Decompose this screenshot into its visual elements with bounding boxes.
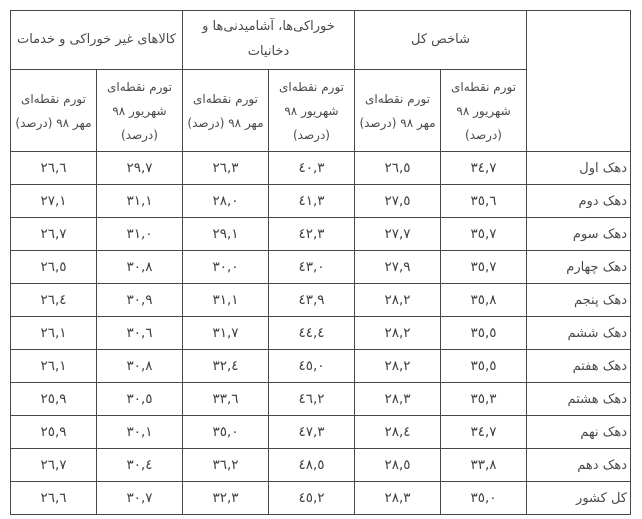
value-cell-nonfood-mehr: ٢٦,٧ <box>10 218 96 251</box>
subheader-total-shahrivar98: تورم نقطه‌ای شهریور ٩٨ (درصد) <box>441 70 527 152</box>
value-cell-total-shahrivar: ٣٥,٧ <box>441 218 527 251</box>
value-cell-food-mehr: ٣١,١ <box>182 284 268 317</box>
header-group-row: شاخص کل خوراکی‌ها، آشامیدنی‌ها و دخانیات… <box>10 11 630 70</box>
value-cell-total-shahrivar: ٣٥,٥ <box>441 350 527 383</box>
subheader-nonfood-shahrivar98: تورم نقطه‌ای شهریور ٩٨ (درصد) <box>96 70 182 152</box>
value-cell-nonfood-shahrivar: ٣٠,٥ <box>96 383 182 416</box>
value-cell-total-mehr: ٢٨,٥ <box>354 449 440 482</box>
subheader-food-shahrivar98: تورم نقطه‌ای شهریور ٩٨ (درصد) <box>268 70 354 152</box>
value-cell-total-mehr: ٢٨,٢ <box>354 284 440 317</box>
value-cell-food-mehr: ٣٢,٣ <box>182 482 268 515</box>
table-row: دهک هفتم ٣٥,٥ ٢٨,٢ ٤٥,٠ ٣٢,٤ ٣٠,٨ ٢٦,١ <box>10 350 630 383</box>
value-cell-food-shahrivar: ٤٣,٠ <box>268 251 354 284</box>
value-cell-total-shahrivar: ٣٥,٠ <box>441 482 527 515</box>
table-row: کل کشور ٣٥,٠ ٢٨,٣ ٤٥,٢ ٣٢,٣ ٣٠,٧ ٢٦,٦ <box>10 482 630 515</box>
decile-inflation-table: شاخص کل خوراکی‌ها، آشامیدنی‌ها و دخانیات… <box>10 10 631 515</box>
value-cell-food-shahrivar: ٤٥,٠ <box>268 350 354 383</box>
table-row: دهک دوم ٣٥,٦ ٢٧,٥ ٤١,٣ ٢٨,٠ ٣١,١ ٢٧,١ <box>10 185 630 218</box>
row-label: دهک دوم <box>527 185 631 218</box>
row-label: دهک هفتم <box>527 350 631 383</box>
table-row: دهک پنجم ٣٥,٨ ٢٨,٢ ٤٣,٩ ٣١,١ ٣٠,٩ ٢٦,٤ <box>10 284 630 317</box>
value-cell-nonfood-shahrivar: ٣٠,٨ <box>96 350 182 383</box>
value-cell-total-mehr: ٢٦,٥ <box>354 152 440 185</box>
row-label: دهک دهم <box>527 449 631 482</box>
value-cell-food-mehr: ٣٥,٠ <box>182 416 268 449</box>
value-cell-total-mehr: ٢٨,٣ <box>354 383 440 416</box>
value-cell-nonfood-mehr: ٢٦,٧ <box>10 449 96 482</box>
value-cell-nonfood-mehr: ٢٦,٦ <box>10 482 96 515</box>
value-cell-food-shahrivar: ٤٧,٣ <box>268 416 354 449</box>
group-header-nonfood-services: کالاهای غیر خوراکی و خدمات <box>10 11 182 70</box>
row-label: کل کشور <box>527 482 631 515</box>
value-cell-total-mehr: ٢٨,٤ <box>354 416 440 449</box>
value-cell-total-mehr: ٢٨,٣ <box>354 482 440 515</box>
value-cell-food-shahrivar: ٤٢,٣ <box>268 218 354 251</box>
value-cell-total-shahrivar: ٣٥,٧ <box>441 251 527 284</box>
value-cell-nonfood-mehr: ٢٦,١ <box>10 350 96 383</box>
value-cell-total-shahrivar: ٣٣,٨ <box>441 449 527 482</box>
value-cell-total-shahrivar: ٣٤,٧ <box>441 416 527 449</box>
value-cell-nonfood-mehr: ٢٧,١ <box>10 185 96 218</box>
table-row: دهک چهارم ٣٥,٧ ٢٧,٩ ٤٣,٠ ٣٠,٠ ٣٠,٨ ٢٦,٥ <box>10 251 630 284</box>
value-cell-nonfood-shahrivar: ٣٠,٨ <box>96 251 182 284</box>
value-cell-total-mehr: ٢٧,٧ <box>354 218 440 251</box>
subheader-food-mehr98: تورم نقطه‌ای مهر ٩٨ (درصد) <box>182 70 268 152</box>
value-cell-food-mehr: ٣٠,٠ <box>182 251 268 284</box>
row-label: دهک نهم <box>527 416 631 449</box>
value-cell-nonfood-shahrivar: ٣٠,٩ <box>96 284 182 317</box>
row-label: دهک هشتم <box>527 383 631 416</box>
group-header-food-beverages-tobacco: خوراکی‌ها، آشامیدنی‌ها و دخانیات <box>182 11 354 70</box>
value-cell-food-mehr: ٣٦,٢ <box>182 449 268 482</box>
value-cell-food-mehr: ٢٩,١ <box>182 218 268 251</box>
corner-cell <box>527 11 631 152</box>
value-cell-food-mehr: ٣٢,٤ <box>182 350 268 383</box>
value-cell-nonfood-mehr: ٢٥,٩ <box>10 383 96 416</box>
table-row: دهک سوم ٣٥,٧ ٢٧,٧ ٤٢,٣ ٢٩,١ ٣١,٠ ٢٦,٧ <box>10 218 630 251</box>
value-cell-nonfood-shahrivar: ٣٠,٦ <box>96 317 182 350</box>
value-cell-food-shahrivar: ٤١,٣ <box>268 185 354 218</box>
value-cell-food-shahrivar: ٤٥,٢ <box>268 482 354 515</box>
value-cell-total-shahrivar: ٣٥,٣ <box>441 383 527 416</box>
value-cell-nonfood-shahrivar: ٣١,١ <box>96 185 182 218</box>
value-cell-food-shahrivar: ٤٦,٢ <box>268 383 354 416</box>
row-label: دهک سوم <box>527 218 631 251</box>
row-label: دهک اول <box>527 152 631 185</box>
row-label: دهک چهارم <box>527 251 631 284</box>
value-cell-nonfood-shahrivar: ٣١,٠ <box>96 218 182 251</box>
table-row: دهک هشتم ٣٥,٣ ٢٨,٣ ٤٦,٢ ٣٣,٦ ٣٠,٥ ٢٥,٩ <box>10 383 630 416</box>
value-cell-total-mehr: ٢٧,٩ <box>354 251 440 284</box>
value-cell-nonfood-mehr: ٢٦,١ <box>10 317 96 350</box>
table-row: دهک دهم ٣٣,٨ ٢٨,٥ ٤٨,٥ ٣٦,٢ ٣٠,٤ ٢٦,٧ <box>10 449 630 482</box>
value-cell-nonfood-mehr: ٢٦,٥ <box>10 251 96 284</box>
value-cell-total-mehr: ٢٨,٢ <box>354 350 440 383</box>
value-cell-nonfood-shahrivar: ٣٠,٤ <box>96 449 182 482</box>
value-cell-total-shahrivar: ٣٥,٨ <box>441 284 527 317</box>
value-cell-food-shahrivar: ٤٣,٩ <box>268 284 354 317</box>
value-cell-food-mehr: ٣١,٧ <box>182 317 268 350</box>
table-body: دهک اول ٣٤,٧ ٢٦,٥ ٤٠,٣ ٢٦,٣ ٢٩,٧ ٢٦,٦ ده… <box>10 152 630 515</box>
value-cell-nonfood-shahrivar: ٣٠,١ <box>96 416 182 449</box>
value-cell-total-mehr: ٢٨,٢ <box>354 317 440 350</box>
row-label: دهک پنجم <box>527 284 631 317</box>
value-cell-food-shahrivar: ٤٠,٣ <box>268 152 354 185</box>
value-cell-total-shahrivar: ٣٥,٥ <box>441 317 527 350</box>
value-cell-food-mehr: ٢٨,٠ <box>182 185 268 218</box>
value-cell-food-shahrivar: ٤٤,٤ <box>268 317 354 350</box>
page-body: شاخص کل خوراکی‌ها، آشامیدنی‌ها و دخانیات… <box>0 0 642 519</box>
subheader-nonfood-mehr98: تورم نقطه‌ای مهر ٩٨ (درصد) <box>10 70 96 152</box>
table-row: دهک اول ٣٤,٧ ٢٦,٥ ٤٠,٣ ٢٦,٣ ٢٩,٧ ٢٦,٦ <box>10 152 630 185</box>
table-row: دهک نهم ٣٤,٧ ٢٨,٤ ٤٧,٣ ٣٥,٠ ٣٠,١ ٢٥,٩ <box>10 416 630 449</box>
table-row: دهک ششم ٣٥,٥ ٢٨,٢ ٤٤,٤ ٣١,٧ ٣٠,٦ ٢٦,١ <box>10 317 630 350</box>
row-label: دهک ششم <box>527 317 631 350</box>
value-cell-total-shahrivar: ٣٤,٧ <box>441 152 527 185</box>
subheader-total-mehr98: تورم نقطه‌ای مهر ٩٨ (درصد) <box>354 70 440 152</box>
value-cell-total-mehr: ٢٧,٥ <box>354 185 440 218</box>
value-cell-food-shahrivar: ٤٨,٥ <box>268 449 354 482</box>
value-cell-nonfood-shahrivar: ٢٩,٧ <box>96 152 182 185</box>
value-cell-nonfood-mehr: ٢٦,٦ <box>10 152 96 185</box>
value-cell-total-shahrivar: ٣٥,٦ <box>441 185 527 218</box>
value-cell-nonfood-shahrivar: ٣٠,٧ <box>96 482 182 515</box>
value-cell-nonfood-mehr: ٢٥,٩ <box>10 416 96 449</box>
value-cell-food-mehr: ٢٦,٣ <box>182 152 268 185</box>
value-cell-food-mehr: ٣٣,٦ <box>182 383 268 416</box>
value-cell-nonfood-mehr: ٢٦,٤ <box>10 284 96 317</box>
group-header-total-index: شاخص کل <box>354 11 526 70</box>
